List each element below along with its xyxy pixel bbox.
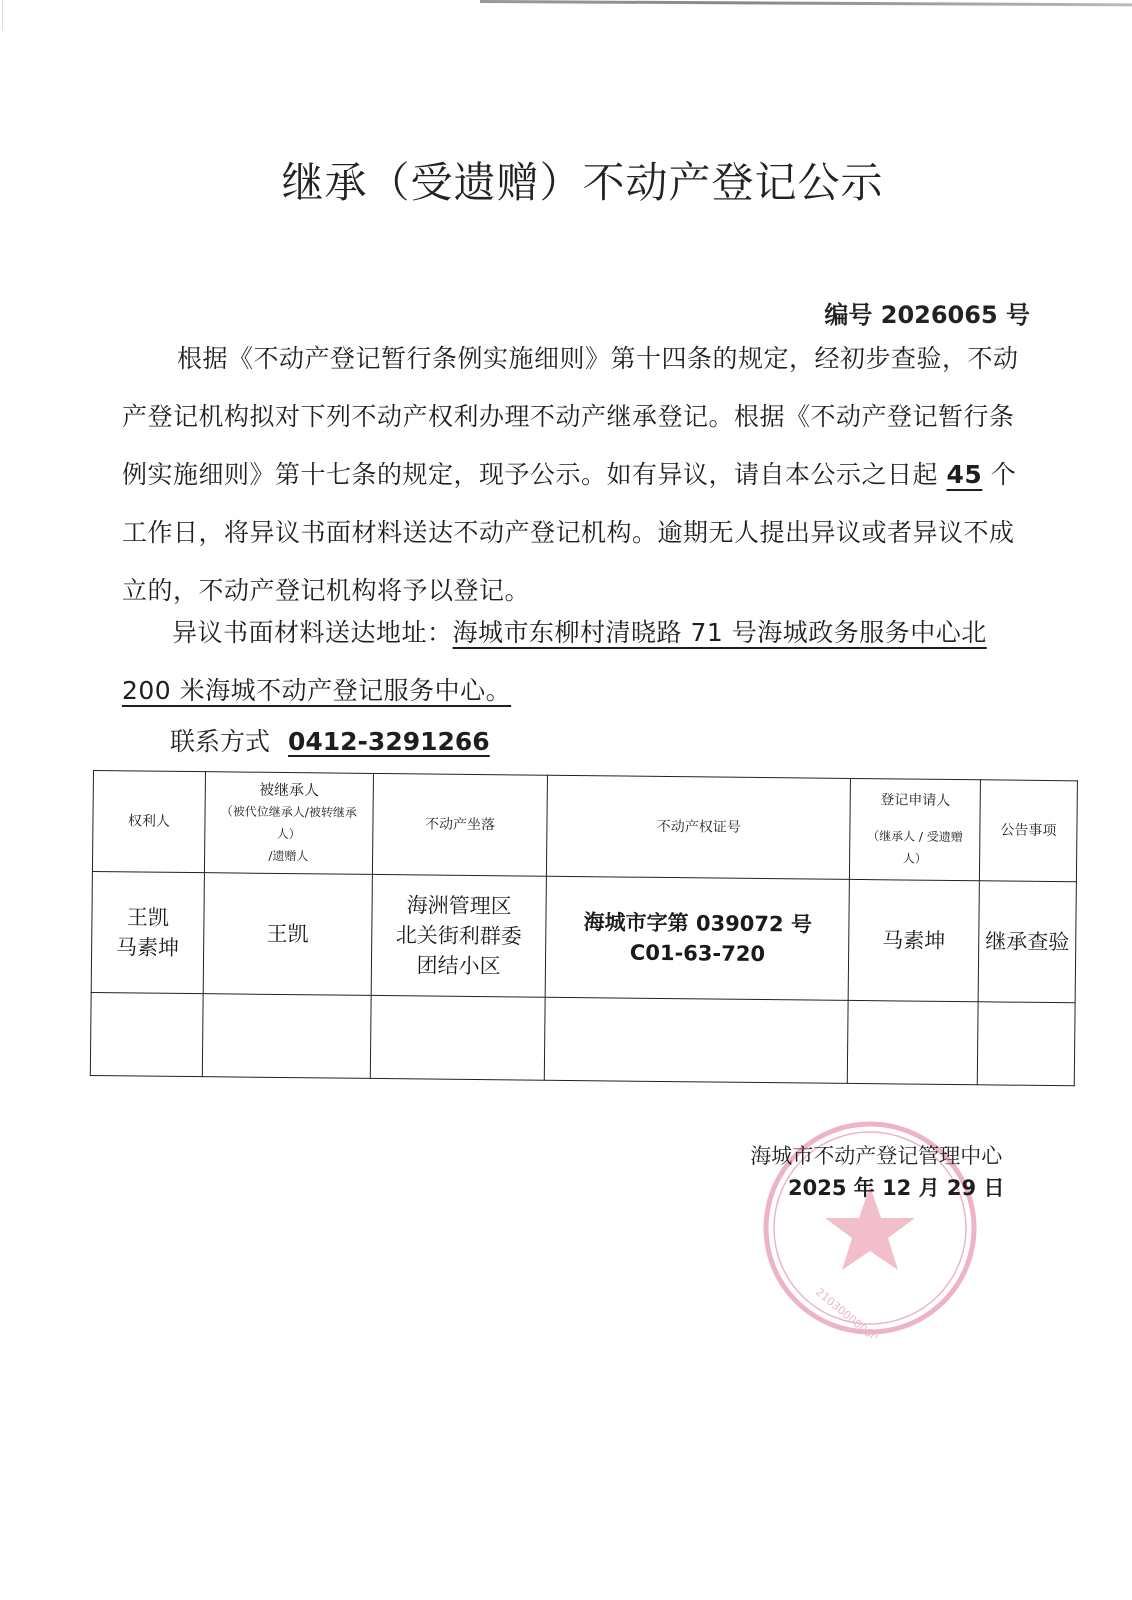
notice-paragraph: 根据《不动产登记暂行条例实施细则》第十四条的规定，经初步查验，不动产登记机构拟对…	[122, 330, 1037, 620]
registration-table: 权利人 被继承人 （被代位继承人/被转继承 人） /遗赠人 不动产坐落 不动产权…	[90, 770, 1078, 1086]
notice-intro: 根据《不动产登记暂行条例实施细则》第十四条的规定，经初步查验，不动产登记机构拟对…	[122, 344, 1019, 489]
issue-date: 2025 年 12 月 29 日	[788, 1172, 1004, 1204]
address-paragraph: 异议书面材料送达地址：海城市东柳村清晓路 71 号海城政务服务中心北 200 米…	[122, 604, 1037, 720]
contact-label: 联系方式	[170, 727, 270, 756]
header-applicant: 登记申请人 （继承人 / 受遗赠 人）	[850, 778, 981, 880]
cell-applicant: 马素坤	[848, 879, 979, 1001]
document-number: 编号 2026065 号	[824, 295, 1030, 330]
cell-decedent: 王凯	[203, 873, 372, 996]
empty-cell	[847, 1000, 978, 1084]
empty-cell	[977, 1002, 1075, 1086]
cell-certificate-number: 海城市字第 039072 号 C01-63-720	[546, 876, 850, 1000]
issuing-organization: 海城市不动产登记管理中心	[748, 1140, 1004, 1172]
cell-rights-holder: 王凯 马素坤	[91, 871, 204, 993]
objection-days: 45	[946, 460, 982, 489]
cell-location: 海洲管理区 北关街利群委 团结小区	[371, 874, 547, 997]
empty-cell	[90, 992, 203, 1076]
empty-cell	[545, 997, 849, 1083]
header-location: 不动产坐落	[372, 773, 548, 876]
header-rights-holder: 权利人	[92, 771, 205, 873]
table-row: 王凯 马素坤 王凯 海洲管理区 北关街利群委 团结小区 海城市字第 039072…	[91, 871, 1076, 1002]
scan-left-edge	[2, 0, 3, 30]
empty-cell	[370, 995, 546, 1080]
table-header-row: 权利人 被继承人 （被代位继承人/被转继承 人） /遗赠人 不动产坐落 不动产权…	[92, 771, 1077, 882]
header-certificate-number: 不动产权证号	[547, 775, 851, 879]
address-label: 异议书面材料送达地址：	[172, 618, 453, 647]
cell-notice-matter: 继承查验	[978, 881, 1076, 1003]
document-title: 继承（受遗赠）不动产登记公示	[0, 150, 1132, 210]
header-notice-matter: 公告事项	[979, 780, 1077, 882]
scan-edge-line	[480, 0, 1132, 6]
empty-cell	[202, 994, 371, 1079]
header-decedent: 被继承人 （被代位继承人/被转继承 人） /遗赠人	[204, 772, 373, 875]
signature-block: 海城市不动产登记管理中心 2025 年 12 月 29 日	[748, 1140, 1004, 1204]
contact-phone: 0412-3291266	[288, 727, 490, 756]
contact-line: 联系方式 0412-3291266	[170, 722, 490, 758]
table-row-empty	[90, 992, 1075, 1085]
